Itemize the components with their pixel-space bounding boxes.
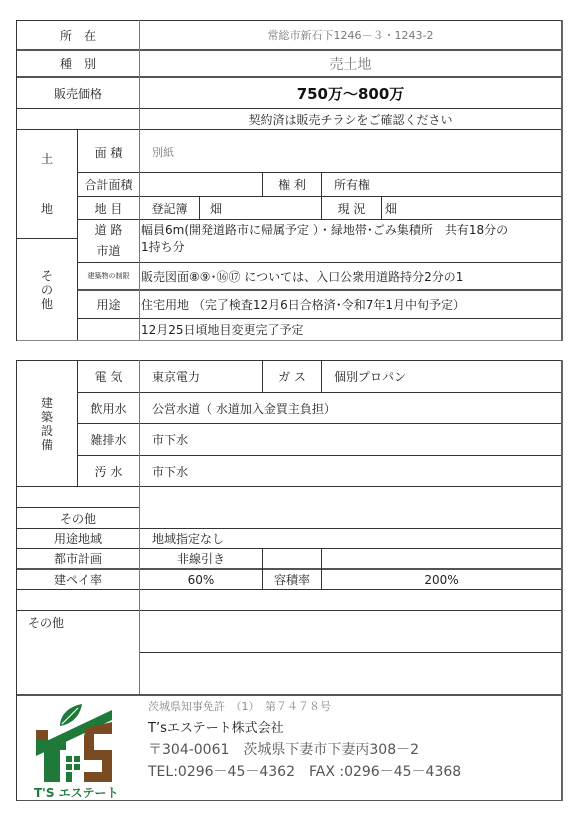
company-contact: TEL:0296－45－4362 FAX :0296－45－4368: [148, 761, 461, 781]
table-divider: [139, 652, 562, 653]
coverage-ratio-label: 建ペイ率: [17, 570, 139, 589]
use-zone-label: 用途地域: [17, 529, 139, 548]
price-label: 販売価格: [17, 78, 139, 108]
use-zone-value: 地域指定なし: [140, 529, 561, 548]
facilities-section-char: 備: [41, 438, 53, 452]
city-road-label: 市道: [78, 239, 139, 262]
type-value: 売土地: [140, 51, 561, 76]
gray-water-label: 雑排水: [78, 424, 139, 455]
other-section-label: そ の 他: [17, 240, 77, 340]
gray-water-value: 市下水: [140, 424, 561, 455]
drinking-water-label: 飲用水: [78, 393, 139, 423]
license-number: 茨城県知事免許 （1） 第７４７８号: [148, 698, 331, 714]
gas-value: 個別プロパン: [322, 361, 561, 392]
table-divider: [77, 219, 562, 220]
registry-label: 登記簿: [140, 197, 199, 219]
use-value: 住宅用地 （完了検査12月6日合格済･令和7年1月中旬予定）: [141, 291, 561, 318]
logo-text: T'S エステート: [34, 784, 118, 801]
table-border: [16, 340, 562, 341]
electricity-value: 東京電力: [140, 361, 262, 392]
sewage-label: 汚 水: [78, 456, 139, 486]
road-value: 幅員6m(開発道路市に帰属予定 ）・緑地帯･ごみ集積所 共有18分の 1持ち分: [141, 222, 561, 262]
facilities-section-char: 設: [41, 424, 53, 438]
location-value: 常総市新石下1246－３・1243-2: [140, 21, 561, 49]
building-restriction-label: 建築物の制限: [78, 263, 139, 289]
company-address: 〒304-0061 茨城県下妻市下妻丙308－2: [148, 739, 419, 759]
total-area-label: 合計面積: [78, 173, 139, 196]
table-divider: [16, 694, 562, 696]
total-area-value: [140, 173, 262, 196]
table-divider: [16, 486, 562, 487]
current-status-label: 現 況: [322, 197, 381, 219]
registry-value: 畑: [200, 197, 321, 219]
zoning-other-label: その他: [17, 508, 139, 528]
area-value: 別紙: [140, 130, 561, 172]
land-category-label: 地 目: [78, 197, 139, 219]
road-label: 道 路: [78, 220, 139, 238]
price-value: 750万～800万: [140, 78, 561, 108]
use-label: 用途: [78, 291, 139, 318]
land-section-label-2: 地: [17, 198, 77, 218]
facilities-section-char: 建: [41, 396, 53, 410]
facilities-section-char: 築: [41, 410, 53, 424]
floor-area-ratio-label: 容積率: [263, 570, 321, 589]
table-border: [561, 360, 563, 801]
table-divider: [16, 238, 77, 239]
electricity-label: 電 気: [78, 361, 139, 392]
sewage-value: 市下水: [140, 456, 561, 486]
contract-notice: 契約済は販売チラシをご確認ください: [140, 109, 561, 129]
other-section-char: そ: [41, 269, 53, 283]
type-label: 種 別: [17, 51, 139, 76]
drinking-water-value: 公営水道（ 水道加入金買主負担）: [140, 393, 561, 423]
rights-label: 権 利: [263, 173, 321, 196]
floor-area-ratio-value: 200%: [322, 570, 561, 589]
city-plan-label: 都市計画: [17, 549, 139, 568]
area-label: 面 積: [78, 130, 139, 172]
company-name: T’sエステート株式会社: [148, 717, 284, 736]
table-divider: [16, 610, 562, 611]
road-value-line-1: 幅員6m(開発道路市に帰属予定 ）・緑地帯･ごみ集積所 共有18分の: [141, 222, 561, 239]
coverage-ratio-value: 60%: [140, 570, 262, 589]
current-status-value: 畑: [382, 197, 561, 219]
land-section-label-1: 土: [17, 148, 77, 168]
remarks-label: その他: [28, 612, 138, 632]
other-section-char: 他: [41, 297, 53, 311]
location-label: 所 在: [17, 21, 139, 49]
land-note-value: 12月25日頃地目変更完了予定: [141, 319, 561, 340]
city-plan-value: 非線引き: [140, 549, 262, 568]
table-divider: [16, 589, 562, 590]
company-logo: T'S エステート: [30, 700, 140, 798]
gas-label: ガ ス: [263, 361, 321, 392]
other-section-char: の: [41, 283, 53, 297]
table-border: [561, 20, 563, 341]
building-restriction-value: 販売図面⑧⑨･⑯⑰ については、入口公衆用道路持分2分の1: [141, 263, 561, 289]
road-value-line-2: 1持ち分: [141, 239, 561, 256]
rights-value: 所有権: [322, 173, 561, 196]
facilities-section-label: 建 築 設 備: [17, 361, 77, 486]
